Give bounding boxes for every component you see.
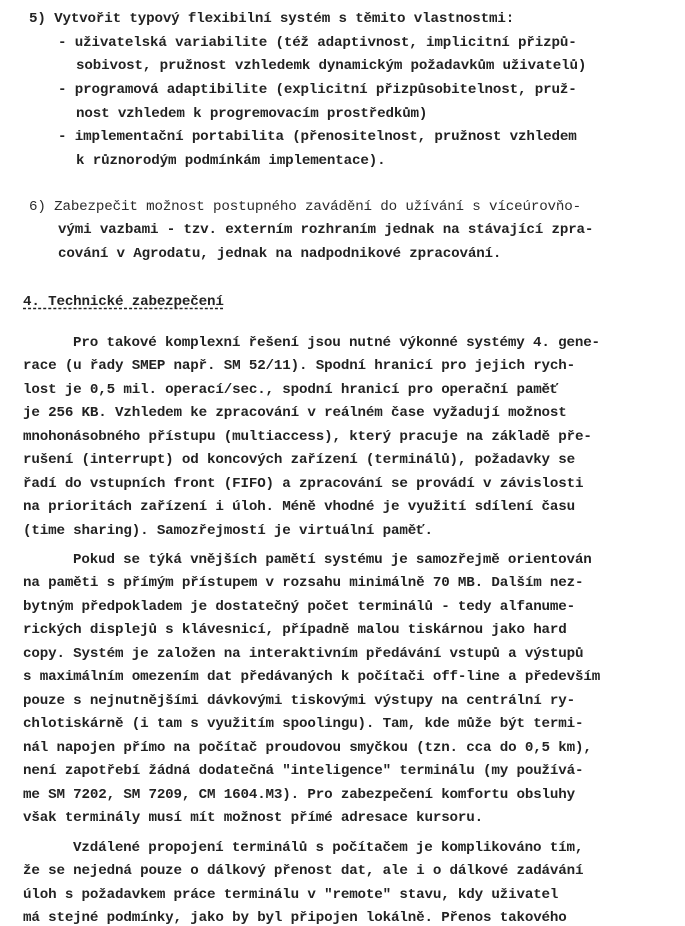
para3-line-1: Vzdálené propojení terminálů s počítačem… <box>73 840 583 856</box>
para3-line-3: úloh s požadavkem práce terminálu v "rem… <box>23 887 558 903</box>
para1-line-8: na prioritách zařízení i úloh. Méně vhod… <box>23 499 575 515</box>
point5-line-1: 5) Vytvořit typový flexibilní systém s t… <box>29 11 514 27</box>
para2-line-11: me SM 7202, SM 7209, CM 1604.M3). Pro za… <box>23 787 575 803</box>
point5-line-3: sobivost, pružnost vzhledemk dynamickým … <box>76 58 586 74</box>
para1-line-4: je 256 KB. Vzhledem ke zpracování v reál… <box>23 405 567 421</box>
point5-line-7: k různorodým podmínkám implementace). <box>76 153 385 169</box>
para2-line-6: s maximálním omezením dat předávaných k … <box>23 669 600 685</box>
para1-line-1: Pro takové komplexní řešení jsou nutné v… <box>73 335 600 351</box>
para3-line-4: má stejné podmínky, jako by byl připojen… <box>23 910 567 926</box>
para1-line-7: řadí do vstupních front (FIFO) a zpracov… <box>23 476 583 492</box>
point5-line-6: - implementační portabilita (přenositeln… <box>58 129 577 145</box>
para2-line-1: Pokud se týká vnějších pamětí systému je… <box>73 552 592 568</box>
typewritten-page: 5) Vytvořit typový flexibilní systém s t… <box>0 0 685 926</box>
point5-line-2: - uživatelská variabilite (též adaptivno… <box>58 35 577 51</box>
point6-line-3: cování v Agrodatu, jednak na nadpodnikov… <box>58 246 501 262</box>
para3-line-2: že se nejedná pouze o dálkový přenost da… <box>23 863 583 879</box>
section-heading: 4. Technické zabezpečení <box>23 294 224 310</box>
para2-line-4: rických displejů s klávesnicí, případně … <box>23 622 567 638</box>
para2-line-7: pouze s nejnutnějšími dávkovými tiskovým… <box>23 693 575 709</box>
para1-line-3: lost je 0,5 mil. operací/sec., spodní hr… <box>23 382 558 398</box>
para2-line-9: nál napojen přímo na počítač proudovou s… <box>23 740 592 756</box>
para1-line-9: (time sharing). Samozřejmostí je virtuál… <box>23 523 433 539</box>
para2-line-12: však terminály musí mít možnost přímé ad… <box>23 810 483 826</box>
para2-line-2: na paměti s přímým přístupem v rozsahu m… <box>23 575 583 591</box>
para2-line-5: copy. Systém je založen na interaktivním… <box>23 646 583 662</box>
para2-line-10: není zapotřebí žádná dodatečná "intelige… <box>23 763 583 779</box>
point6-line-2: vými vazbami - tzv. externím rozhraním j… <box>58 222 593 238</box>
para1-line-2: race (u řady SMEP např. SM 52/11). Spodn… <box>23 358 575 374</box>
para1-line-5: mnohonásobného přístupu (multiaccess), k… <box>23 429 592 445</box>
point6-line-1: 6) Zabezpečit možnost postupného zaváděn… <box>29 199 581 215</box>
para1-line-6: rušení (interrupt) od koncových zařízení… <box>23 452 575 468</box>
para2-line-3: bytným předpokladem je dostatečný počet … <box>23 599 575 615</box>
point5-line-4: - programová adaptibilite (explicitní př… <box>58 82 577 98</box>
point5-line-5: nost vzhledem k progremovacím prostředků… <box>76 106 427 122</box>
para2-line-8: chlotiskárně (i tam s využitím spoolingu… <box>23 716 583 732</box>
